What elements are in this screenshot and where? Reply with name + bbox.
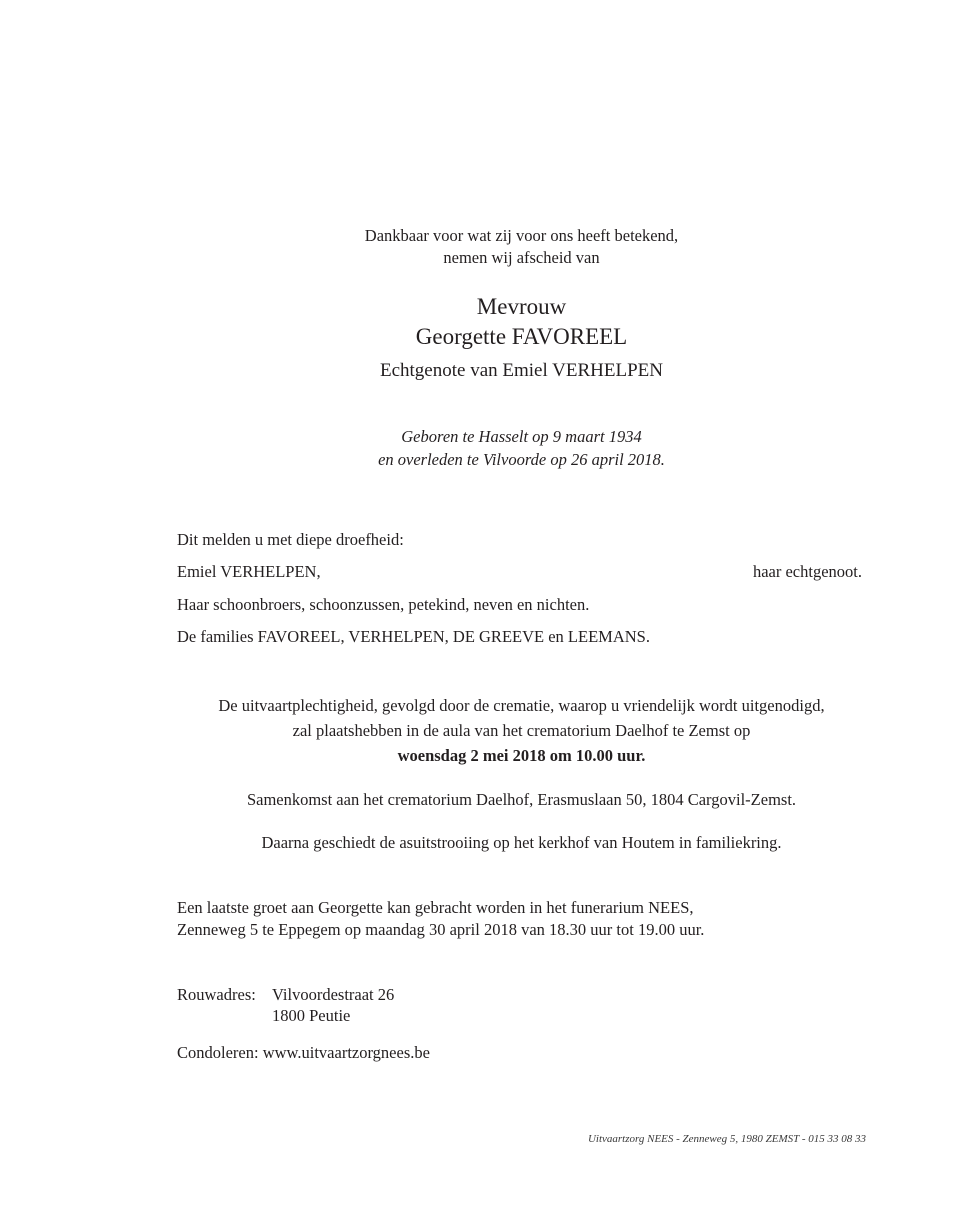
address-label: Rouwadres:	[177, 985, 272, 1005]
ceremony-line-1: De uitvaartplechtigheid, gevolgd door de…	[0, 696, 972, 716]
visitation-line-2: Zenneweg 5 te Eppegem op maandag 30 apri…	[177, 920, 704, 940]
visitation-line-1: Een laatste groet aan Georgette kan gebr…	[177, 898, 694, 918]
relatives-line: Haar schoonbroers, schoonzussen, petekin…	[177, 595, 589, 615]
meeting-line: Samenkomst aan het crematorium Daelhof, …	[0, 790, 972, 810]
address-row: Rouwadres:Vilvoordestraat 26	[177, 985, 394, 1005]
deceased-title: Mevrouw	[0, 294, 972, 320]
footer-text: Uitvaartzorg NEES - Zenneweg 5, 1980 ZEM…	[588, 1133, 866, 1145]
address-line-2: 1800 Peutie	[272, 1006, 350, 1026]
condolences-url[interactable]: www.uitvaartzorgnees.be	[263, 1043, 430, 1062]
spouse-relation: haar echtgenoot.	[753, 562, 862, 582]
intro-line-2: nemen wij afscheid van	[0, 248, 972, 268]
condolences-label: Condoleren:	[177, 1043, 259, 1062]
deceased-spouse-line: Echtgenote van Emiel VERHELPEN	[0, 360, 972, 382]
address-line-1: Vilvoordestraat 26	[272, 985, 394, 1004]
ceremony-datetime: woensdag 2 mei 2018 om 10.00 uur.	[0, 746, 972, 766]
death-line: en overleden te Vilvoorde op 26 april 20…	[0, 450, 972, 470]
condolences-row: Condoleren: www.uitvaartzorgnees.be	[177, 1043, 430, 1063]
intro-line-1: Dankbaar voor wat zij voor ons heeft bet…	[0, 226, 972, 246]
ashes-line: Daarna geschiedt de asuitstrooiing op he…	[0, 833, 972, 853]
announcement-header: Dit melden u met diepe droefheid:	[177, 530, 404, 550]
ceremony-line-2: zal plaatshebben in de aula van het crem…	[0, 721, 972, 741]
spouse-name: Emiel VERHELPEN,	[177, 562, 321, 582]
deceased-name: Georgette FAVOREEL	[0, 324, 972, 350]
families-line: De families FAVOREEL, VERHELPEN, DE GREE…	[177, 627, 650, 647]
birth-line: Geboren te Hasselt op 9 maart 1934	[0, 427, 972, 447]
